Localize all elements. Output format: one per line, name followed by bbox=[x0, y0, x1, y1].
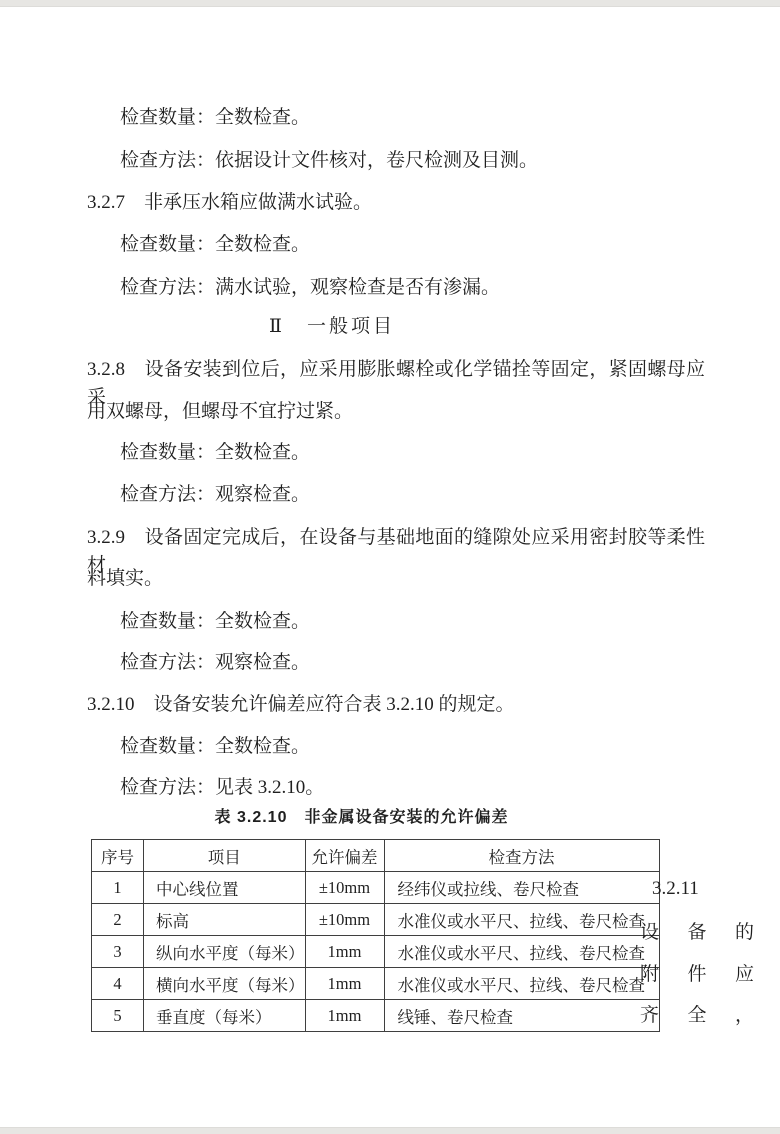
side-note-line: 附件应 bbox=[640, 961, 754, 989]
text-line: 检查方法：依据设计文件核对，卷尺检测及目测。 bbox=[87, 147, 752, 175]
table-cell: 经纬仪或拉线、卷尺检查 bbox=[384, 872, 659, 904]
table-cell: 垂直度（每米） bbox=[144, 1000, 306, 1032]
text-line: 检查方法：观察检查。 bbox=[87, 649, 752, 677]
table-row: 4横向水平度（每米）1mm水准仪或水平尺、拉线、卷尺检查 bbox=[92, 968, 660, 1000]
table-cell: 2 bbox=[92, 904, 144, 936]
table-title: 表 3.2.10 非金属设备安装的允许偏差 bbox=[91, 804, 632, 827]
table-cell: 1mm bbox=[305, 968, 384, 1000]
text-line: 检查数量：全数检查。 bbox=[87, 608, 752, 636]
side-note-line: 齐全， bbox=[640, 1002, 754, 1030]
text-line: 3.2.7 非承压水箱应做满水试验。 bbox=[87, 189, 719, 217]
text-line: 检查方法：观察检查。 bbox=[87, 481, 752, 509]
table-cell: ±10mm bbox=[305, 872, 384, 904]
side-note-line: 3.2.11 bbox=[640, 875, 754, 903]
viewer-top-edge bbox=[0, 0, 780, 7]
deviation-table: 序号项目允许偏差检查方法 1中心线位置±10mm经纬仪或拉线、卷尺检查2标高±1… bbox=[91, 839, 660, 1032]
table-cell: 1 bbox=[92, 872, 144, 904]
table-cell: 水准仪或水平尺、拉线、卷尺检查 bbox=[384, 904, 659, 936]
viewer-bottom-edge bbox=[0, 1127, 780, 1134]
section-heading: Ⅱ 一般项目 bbox=[87, 313, 577, 341]
table-cell: 水准仪或水平尺、拉线、卷尺检查 bbox=[384, 968, 659, 1000]
table-header-row: 序号项目允许偏差检查方法 bbox=[92, 840, 660, 872]
text-line: 检查数量：全数检查。 bbox=[87, 231, 752, 259]
text-line: 检查数量：全数检查。 bbox=[87, 439, 752, 467]
table-header-cell: 检查方法 bbox=[384, 840, 659, 872]
table-cell: 横向水平度（每米） bbox=[144, 968, 306, 1000]
table-header-cell: 允许偏差 bbox=[305, 840, 384, 872]
text-line: 检查方法：见表 3.2.10。 bbox=[87, 774, 752, 802]
table-cell: 标高 bbox=[144, 904, 306, 936]
table-cell: 5 bbox=[92, 1000, 144, 1032]
side-note-line: 设备的 bbox=[640, 919, 754, 947]
text-line: 检查数量：全数检查。 bbox=[87, 104, 752, 132]
table-cell: 1mm bbox=[305, 1000, 384, 1032]
table-header-cell: 项目 bbox=[144, 840, 306, 872]
table-row: 3纵向水平度（每米）1mm水准仪或水平尺、拉线、卷尺检查 bbox=[92, 936, 660, 968]
text-line: 检查数量：全数检查。 bbox=[87, 733, 752, 761]
text-line: 料填实。 bbox=[87, 565, 719, 593]
table-cell: 3 bbox=[92, 936, 144, 968]
table-cell: 4 bbox=[92, 968, 144, 1000]
table-cell: 纵向水平度（每米） bbox=[144, 936, 306, 968]
table-cell: 线锤、卷尺检查 bbox=[384, 1000, 659, 1032]
table-cell: 1mm bbox=[305, 936, 384, 968]
table-cell: 水准仪或水平尺、拉线、卷尺检查 bbox=[384, 936, 659, 968]
table-cell: 中心线位置 bbox=[144, 872, 306, 904]
table-cell: ±10mm bbox=[305, 904, 384, 936]
table-row: 5垂直度（每米）1mm线锤、卷尺检查 bbox=[92, 1000, 660, 1032]
text-line: 检查方法：满水试验，观察检查是否有渗漏。 bbox=[87, 274, 752, 302]
text-line: 用双螺母，但螺母不宜拧过紧。 bbox=[87, 398, 719, 426]
table-header-cell: 序号 bbox=[92, 840, 144, 872]
table-row: 1中心线位置±10mm经纬仪或拉线、卷尺检查 bbox=[92, 872, 660, 904]
text-line: 3.2.10 设备安装允许偏差应符合表 3.2.10 的规定。 bbox=[87, 691, 719, 719]
table-row: 2标高±10mm水准仪或水平尺、拉线、卷尺检查 bbox=[92, 904, 660, 936]
